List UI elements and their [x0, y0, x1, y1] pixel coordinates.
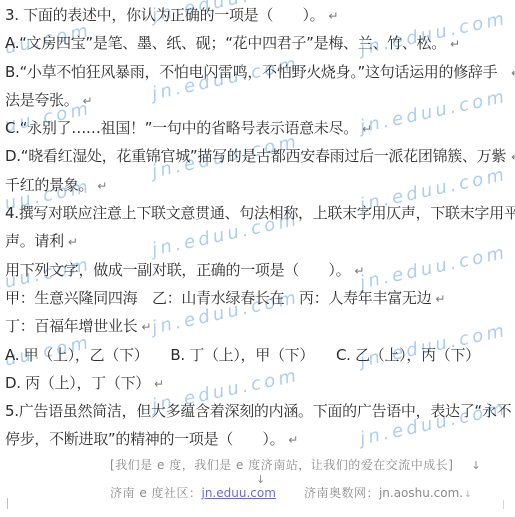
aoshu-label: 济南奥数网：: [304, 486, 379, 500]
page-footer: [我们是 e 度，我们是 e 度济南站，让我们的爱在交流中成长]↓ ↓ 济南 e…: [0, 0, 515, 517]
cursor-mark: [7, 498, 8, 509]
footer-slogan: [我们是 e 度，我们是 e 度济南站，让我们的爱在交流中成长]: [110, 458, 453, 472]
eduu-link[interactable]: jn.eduu.com: [202, 486, 276, 500]
footer-slogan-line: [我们是 e 度，我们是 e 度济南站，让我们的爱在交流中成长]↓: [110, 458, 481, 473]
line-break-mark: ↓: [471, 459, 480, 472]
footer-break-line: ↓: [256, 472, 265, 487]
document-page: jn.eduu.comjn.eduu.comjn.eduu.comjn.eduu…: [0, 0, 515, 517]
footer-links-line: 济南 e 度社区：jn.eduu.com济南奥数网：jn.aoshu.com.↓: [110, 486, 472, 502]
line-break-mark: ↓: [464, 490, 472, 500]
aoshu-url: jn.aoshu.com.: [379, 486, 463, 500]
line-break-mark: ↓: [256, 473, 265, 486]
margin-mark: [503, 500, 504, 509]
community-label: 济南 e 度社区：: [110, 486, 202, 500]
